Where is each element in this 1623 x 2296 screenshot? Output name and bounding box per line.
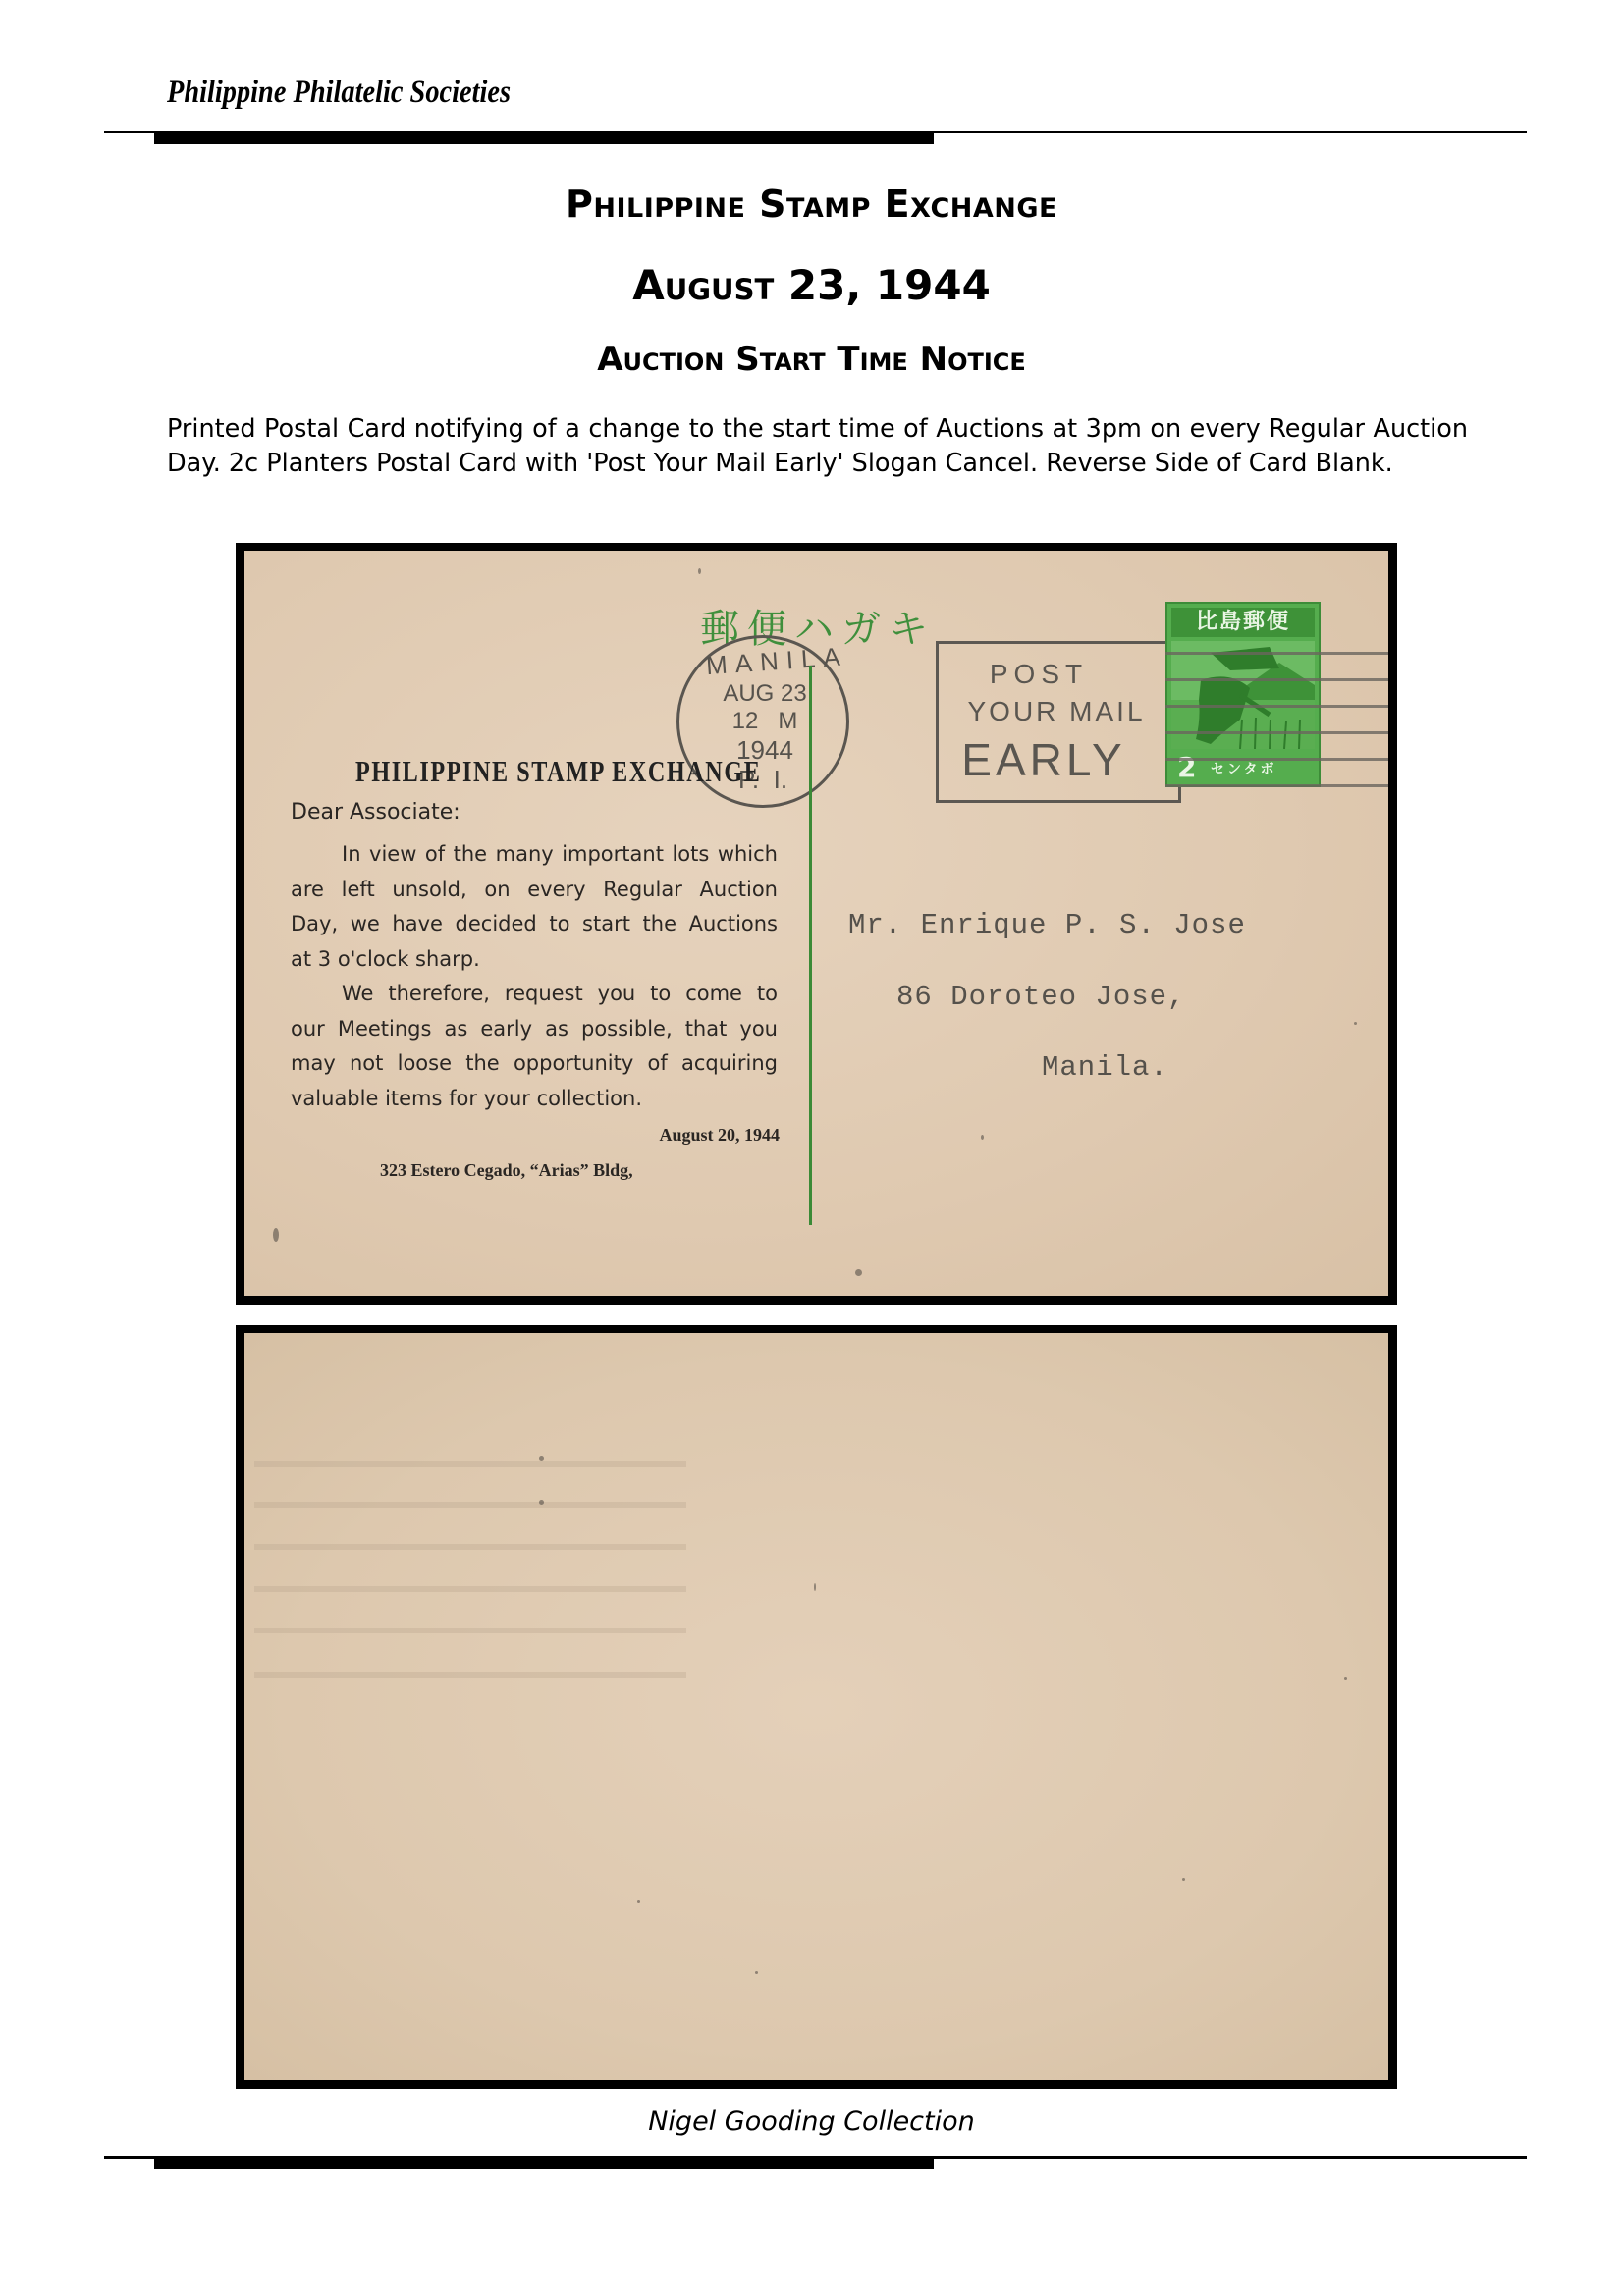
postmark-date: AUG 23 — [716, 680, 814, 708]
collection-credit: Nigel Gooding Collection — [0, 2107, 1623, 2137]
recipient-street: 86 Doroteo Jose, — [896, 981, 1185, 1013]
message-line: Day, we have decided to start the Auctio… — [291, 907, 778, 942]
message-line: may not loose the opportunity of acquiri… — [291, 1046, 778, 1082]
stamp-value: 2 — [1177, 751, 1196, 783]
front-card-frame: 郵便ハガキ MANILA AUG 23 12 M 1944 P. I. POST… — [236, 543, 1397, 1305]
address-divider-line — [809, 666, 812, 1225]
cancel-line — [1165, 731, 1388, 734]
message-line: valuable items for your collection. — [291, 1082, 778, 1117]
message-line: are left unsold, on every Regular Auctio… — [291, 873, 778, 908]
stamp-country-text: 比島郵便 — [1171, 608, 1315, 637]
postmark-time: 12 M — [716, 708, 814, 735]
cancel-line — [1165, 784, 1388, 787]
message-line: In view of the many important lots which — [291, 837, 778, 873]
page-date-title: August 23, 1944 — [0, 261, 1623, 309]
message-line: We therefore, request you to come to — [291, 977, 778, 1012]
page-subtitle: Auction Start Time Notice — [0, 340, 1623, 379]
postal-card-reverse-blank — [244, 1333, 1388, 2080]
back-card-frame — [236, 1325, 1397, 2089]
postal-card-front: 郵便ハガキ MANILA AUG 23 12 M 1944 P. I. POST… — [244, 551, 1388, 1296]
header-rule-thick — [154, 133, 934, 144]
slogan-line-3: EARLY — [946, 733, 1142, 786]
card-message-body: In view of the many important lots which… — [291, 837, 778, 1116]
card-salutation: Dear Associate: — [291, 800, 460, 825]
cancel-line — [1165, 652, 1388, 655]
page-title: Philippine Stamp Exchange — [0, 183, 1623, 226]
stamp-currency: センタボ — [1211, 759, 1276, 778]
recipient-name: Mr. Enrique P. S. Jose — [848, 909, 1246, 941]
slogan-line-2: YOUR MAIL — [944, 696, 1169, 727]
slogan-line-1: POST — [936, 659, 1142, 690]
card-heading: PHILIPPINE STAMP EXCHANGE — [355, 754, 761, 789]
message-line: our Meetings as early as possible, that … — [291, 1012, 778, 1047]
item-description: Printed Postal Card notifying of a chang… — [167, 412, 1468, 480]
cancel-line — [1165, 678, 1388, 681]
cancel-line — [1165, 705, 1388, 708]
footer-rule-thick — [154, 2159, 934, 2169]
message-line: at 3 o'clock sharp. — [291, 942, 778, 978]
sender-address: 323 Estero Cegado, “Arias” Bldg, — [380, 1160, 633, 1181]
card-date: August 20, 1944 — [627, 1125, 780, 1146]
cancel-line — [1165, 758, 1388, 761]
running-header-title: Philippine Philatelic Societies — [167, 75, 511, 111]
recipient-city: Manila. — [1042, 1051, 1168, 1084]
